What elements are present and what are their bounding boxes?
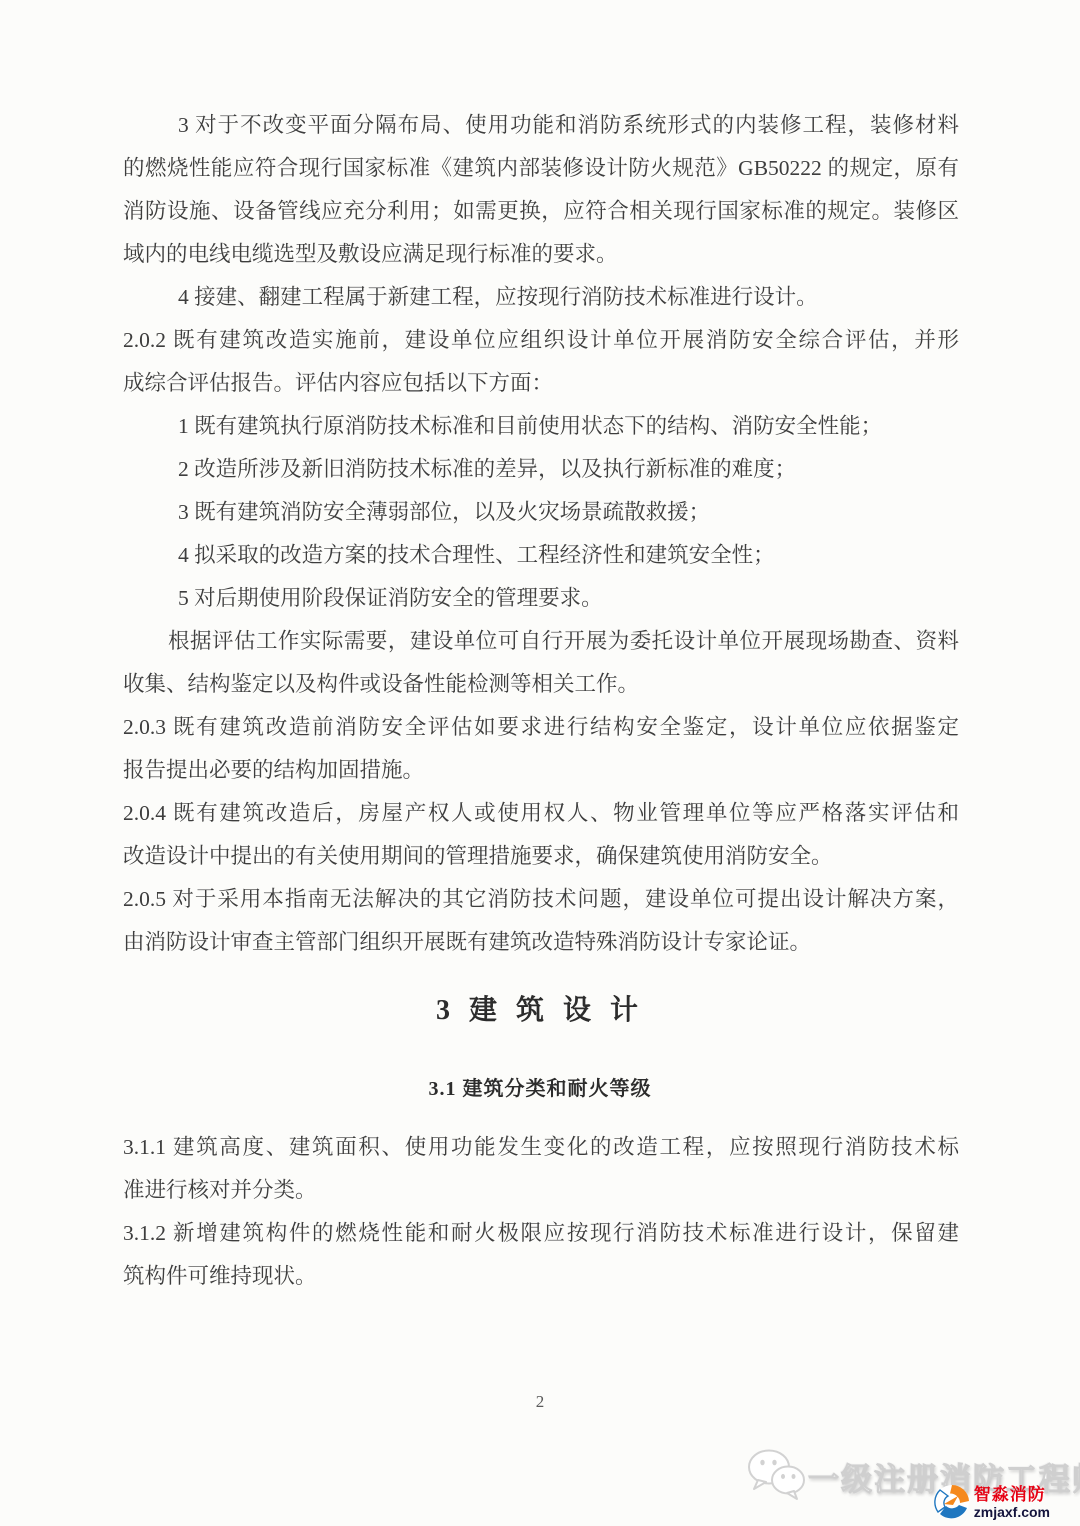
text-line: 成综合评估报告。评估内容应包括以下方面： xyxy=(123,362,959,405)
text-line: 2 改造所涉及新旧消防技术标准的差异，以及执行新标准的难度； xyxy=(123,448,959,491)
body-text-section-31: 3.1.1 建筑高度、建筑面积、使用功能发生变化的改造工程，应按照现行消防技术标… xyxy=(123,1126,959,1298)
text-line: 4 拟采取的改造方案的技术合理性、工程经济性和建筑安全性； xyxy=(123,534,959,577)
brand-url: zmjaxf.com xyxy=(974,1505,1050,1519)
text-line: 2.0.4 既有建筑改造后，房屋产权人或使用权人、物业管理单位等应严格落实评估和 xyxy=(123,792,959,835)
text-line: 4 接建、翻建工程属于新建工程，应按现行消防技术标准进行设计。 xyxy=(123,276,959,319)
text-line: 消防设施、设备管线应充分利用；如需更换，应符合相关现行国家标准的规定。装修区 xyxy=(123,190,959,233)
brand-swirl-icon xyxy=(934,1484,970,1520)
text-line: 3.1.1 建筑高度、建筑面积、使用功能发生变化的改造工程，应按照现行消防技术标 xyxy=(123,1126,959,1169)
document-page: 3 对于不改变平面分隔布局、使用功能和消防系统形式的内装修工程，装修材料 的燃烧… xyxy=(0,0,1080,1526)
text-line: 筑构件可维持现状。 xyxy=(123,1255,959,1298)
text-line: 3.1.2 新增建筑构件的燃烧性能和耐火极限应按现行消防技术标准进行设计，保留建 xyxy=(123,1212,959,1255)
wechat-icon xyxy=(746,1448,808,1502)
watermark-footer: 一级注册消防工程师 智淼消防 zmjaxf.com xyxy=(0,1430,1080,1526)
section-heading: 3.1 建筑分类和耐火等级 xyxy=(0,1072,1080,1101)
brand-logo: 智淼消防 zmjaxf.com xyxy=(934,1484,1050,1520)
text-line: 收集、结构鉴定以及构件或设备性能检测等相关工作。 xyxy=(123,663,959,706)
text-line: 准进行核对并分类。 xyxy=(123,1169,959,1212)
text-line: 2.0.3 既有建筑改造前消防安全评估如要求进行结构安全鉴定，设计单位应依据鉴定 xyxy=(123,706,959,749)
text-line: 1 既有建筑执行原消防技术标准和目前使用状态下的结构、消防安全性能； xyxy=(123,405,959,448)
text-line: 2.0.2 既有建筑改造实施前，建设单位应组织设计单位开展消防安全综合评估，并形 xyxy=(123,319,959,362)
text-line: 根据评估工作实际需要，建设单位可自行开展为委托设计单位开展现场勘查、资料 xyxy=(123,620,959,663)
brand-name: 智淼消防 xyxy=(974,1486,1050,1503)
text-line: 的燃烧性能应符合现行国家标准《建筑内部装修设计防火规范》GB50222 的规定，… xyxy=(123,147,959,190)
chapter-heading: 3 建 筑 设 计 xyxy=(0,988,1080,1028)
text-line: 域内的电线电缆选型及敷设应满足现行标准的要求。 xyxy=(123,233,959,276)
text-line: 3 对于不改变平面分隔布局、使用功能和消防系统形式的内装修工程，装修材料 xyxy=(123,104,959,147)
text-line: 改造设计中提出的有关使用期间的管理措施要求，确保建筑使用消防安全。 xyxy=(123,835,959,878)
text-line: 5 对后期使用阶段保证消防安全的管理要求。 xyxy=(123,577,959,620)
text-line: 由消防设计审查主管部门组织开展既有建筑改造特殊消防设计专家论证。 xyxy=(123,921,959,964)
text-line: 2.0.5 对于采用本指南无法解决的其它消防技术问题，建设单位可提出设计解决方案… xyxy=(123,878,959,921)
text-line: 报告提出必要的结构加固措施。 xyxy=(123,749,959,792)
body-text: 3 对于不改变平面分隔布局、使用功能和消防系统形式的内装修工程，装修材料 的燃烧… xyxy=(123,104,959,964)
text-line: 3 既有建筑消防安全薄弱部位，以及火灾场景疏散救援； xyxy=(123,491,959,534)
page-number: 2 xyxy=(0,1392,1080,1412)
